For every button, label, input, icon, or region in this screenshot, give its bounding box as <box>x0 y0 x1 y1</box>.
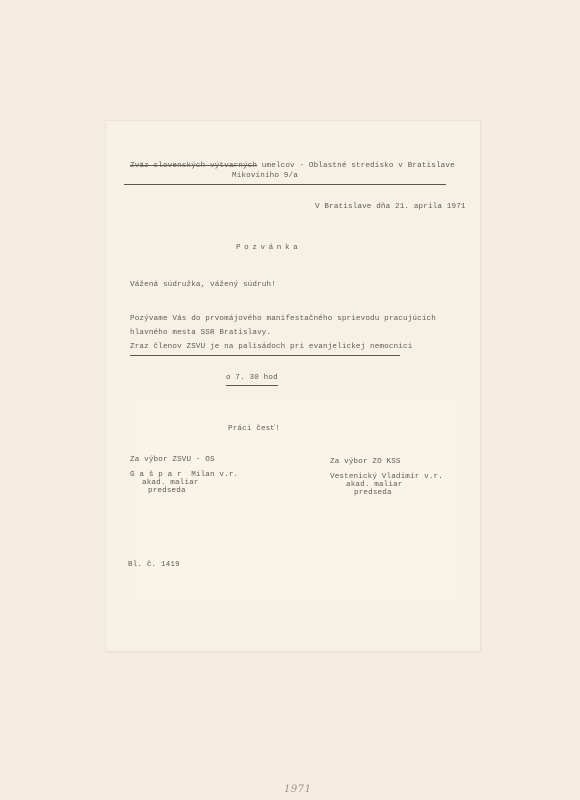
body-underline <box>130 355 400 356</box>
time-underline <box>226 385 278 386</box>
pencil-annotation: 1971 <box>284 784 311 795</box>
body-line-3: Zraz členov ZSVU je na palisádoch pri ev… <box>130 343 412 352</box>
signatory-role: predseda <box>354 489 392 498</box>
header-line-1: Zväz slovenských výtvarných umelcov - Ob… <box>130 162 455 171</box>
salutation: Vážená súdružka, vážený súdruh! <box>130 281 276 290</box>
signatory-role: predseda <box>148 487 186 496</box>
committee-label: Za výbor ZO KSS <box>330 458 401 467</box>
typewritten-sheet: Zväz slovenských výtvarných umelcov - Ob… <box>106 121 480 651</box>
body-line-2: hlavného mesta SSR Bratislavy. <box>130 329 271 338</box>
meeting-time: o 7. 30 hod <box>226 374 278 383</box>
header-address: Mikovíniho 9/a <box>232 172 298 181</box>
body-line-1: Pozývame Vás do prvomájového manifestačn… <box>130 315 436 324</box>
header-text: umelcov - Oblastné stredisko v Bratislav… <box>257 162 455 170</box>
closing: Práci česť! <box>228 425 280 434</box>
document-title: Pozvánka <box>236 244 301 253</box>
paper-shade <box>136 401 456 601</box>
date-line: V Bratislave dňa 21. apríla 1971 <box>315 203 466 212</box>
header-underline <box>124 184 446 185</box>
mount-board: Zväz slovenských výtvarných umelcov - Ob… <box>0 0 580 800</box>
committee-label: Za výbor ZSVU - OS <box>130 456 215 465</box>
header-struck-text: Zväz slovenských výtvarných <box>130 162 257 170</box>
reference-number: Bl. č. 1419 <box>128 561 180 570</box>
